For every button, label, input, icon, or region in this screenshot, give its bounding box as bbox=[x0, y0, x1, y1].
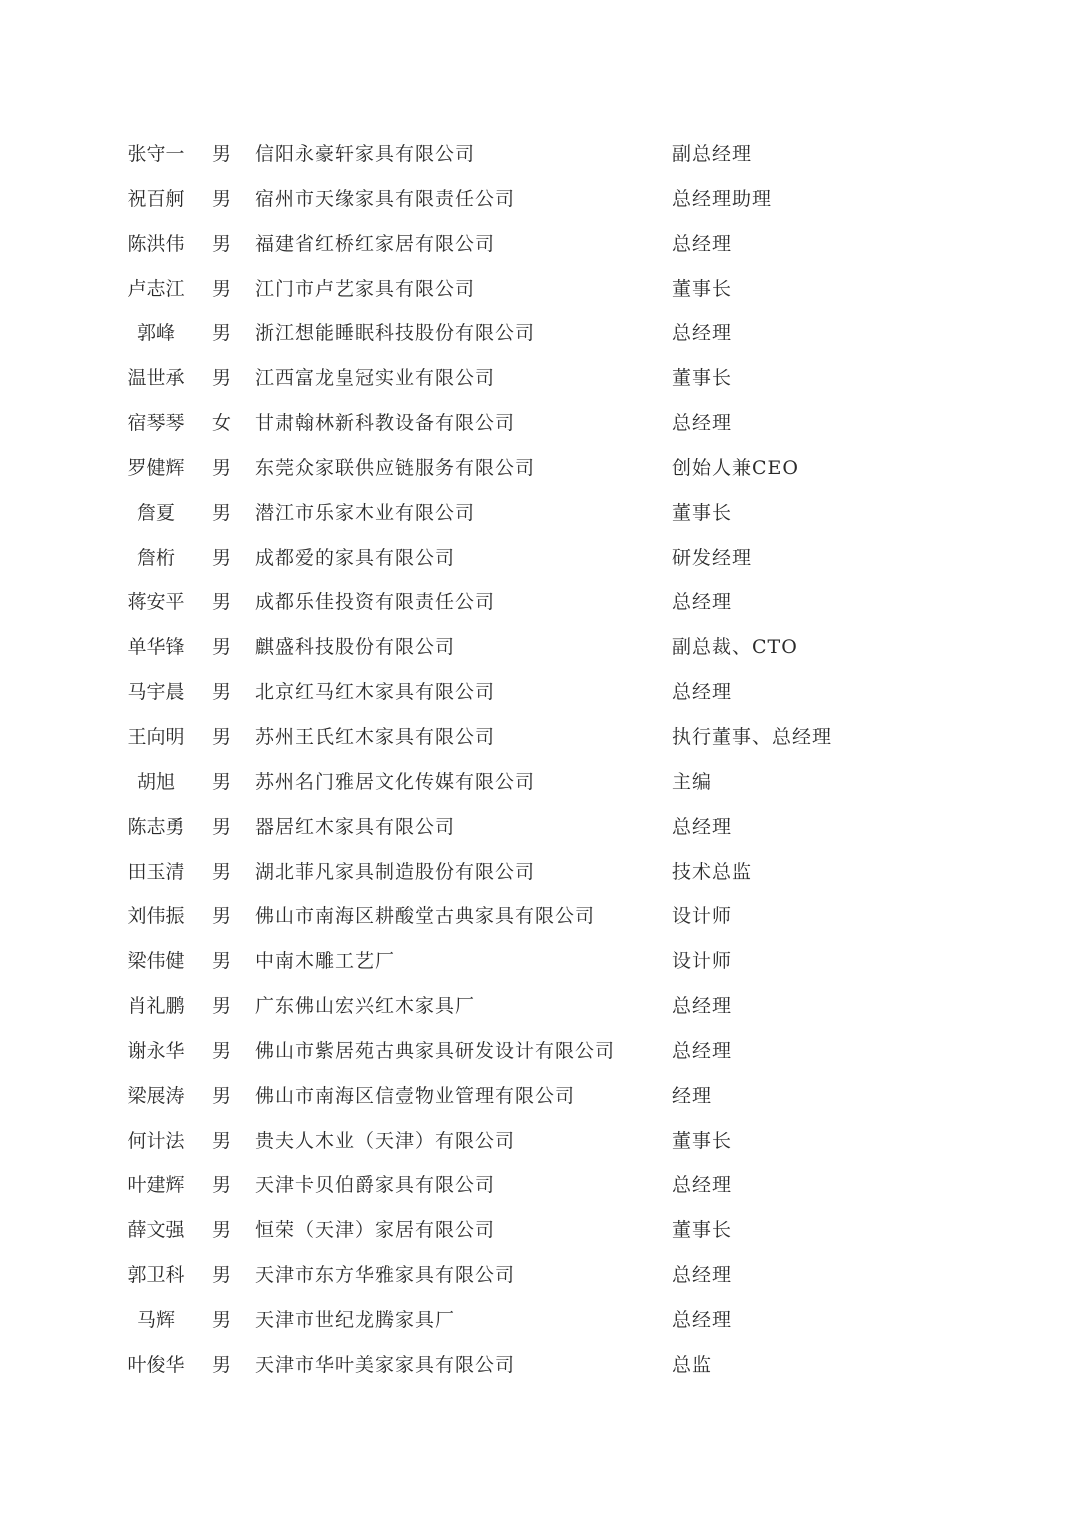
person-company: 江西富龙皇冠实业有限公司 bbox=[255, 356, 495, 400]
roster-row: 叶俊华 男 天津市华叶美家家具有限公司 总监 bbox=[0, 1343, 1080, 1388]
person-gender: 男 bbox=[212, 132, 232, 176]
person-title: 副总裁、CTO bbox=[672, 625, 798, 669]
person-title: 总经理 bbox=[672, 670, 732, 714]
person-title: 总经理 bbox=[672, 580, 732, 624]
person-name: 谢永华 bbox=[116, 1029, 196, 1073]
person-gender: 男 bbox=[212, 311, 232, 355]
person-company: 佛山市紫居苑古典家具研发设计有限公司 bbox=[255, 1029, 615, 1073]
person-name: 薛文强 bbox=[116, 1208, 196, 1252]
roster-row: 陈洪伟 男 福建省红桥红家居有限公司 总经理 bbox=[0, 222, 1080, 267]
roster-row: 薛文强 男 恒荣（天津）家居有限公司 董事长 bbox=[0, 1208, 1080, 1253]
person-name: 田玉清 bbox=[116, 850, 196, 894]
roster-row: 宿琴琴 女 甘肃翰林新科教设备有限公司 总经理 bbox=[0, 401, 1080, 446]
roster-row: 刘伟振 男 佛山市南海区耕酸堂古典家具有限公司 设计师 bbox=[0, 894, 1080, 939]
person-gender: 男 bbox=[212, 177, 232, 221]
person-company: 广东佛山宏兴红木家具厂 bbox=[255, 984, 475, 1028]
person-title: 总经理 bbox=[672, 222, 732, 266]
person-company: 成都乐佳投资有限责任公司 bbox=[255, 580, 495, 624]
person-company: 北京红马红木家具有限公司 bbox=[255, 670, 495, 714]
person-company: 佛山市南海区耕酸堂古典家具有限公司 bbox=[255, 894, 595, 938]
person-company: 天津市东方华雅家具有限公司 bbox=[255, 1253, 515, 1297]
person-gender: 男 bbox=[212, 267, 232, 311]
person-company: 天津市世纪龙腾家具厂 bbox=[255, 1298, 455, 1342]
roster-row: 蒋安平 男 成都乐佳投资有限责任公司 总经理 bbox=[0, 580, 1080, 625]
person-name: 何计法 bbox=[116, 1119, 196, 1163]
person-gender: 男 bbox=[212, 446, 232, 490]
person-name: 祝百舸 bbox=[116, 177, 196, 221]
person-company: 湖北菲凡家具制造股份有限公司 bbox=[255, 850, 535, 894]
person-title: 设计师 bbox=[672, 894, 732, 938]
person-name: 叶俊华 bbox=[116, 1343, 196, 1387]
roster-list: 张守一 男 信阳永豪轩家具有限公司 副总经理 祝百舸 男 宿州市天缘家具有限责任… bbox=[0, 132, 1080, 1388]
person-company: 中南木雕工艺厂 bbox=[255, 939, 395, 983]
roster-row: 单华锋 男 麒盛科技股份有限公司 副总裁、CTO bbox=[0, 625, 1080, 670]
person-name: 叶建辉 bbox=[116, 1163, 196, 1207]
person-name: 单华锋 bbox=[116, 625, 196, 669]
person-gender: 男 bbox=[212, 850, 232, 894]
person-company: 信阳永豪轩家具有限公司 bbox=[255, 132, 475, 176]
person-title: 技术总监 bbox=[672, 850, 752, 894]
person-gender: 男 bbox=[212, 625, 232, 669]
roster-row: 罗健辉 男 东莞众家联供应链服务有限公司 创始人兼CEO bbox=[0, 446, 1080, 491]
roster-row: 田玉清 男 湖北菲凡家具制造股份有限公司 技术总监 bbox=[0, 850, 1080, 895]
person-name: 郭卫科 bbox=[116, 1253, 196, 1297]
person-company: 贵夫人木业（天津）有限公司 bbox=[255, 1119, 515, 1163]
roster-row: 马辉 男 天津市世纪龙腾家具厂 总经理 bbox=[0, 1298, 1080, 1343]
roster-row: 张守一 男 信阳永豪轩家具有限公司 副总经理 bbox=[0, 132, 1080, 177]
person-gender: 男 bbox=[212, 894, 232, 938]
person-name: 詹夏 bbox=[116, 491, 196, 535]
person-gender: 男 bbox=[212, 670, 232, 714]
person-company: 江门市卢艺家具有限公司 bbox=[255, 267, 475, 311]
person-gender: 男 bbox=[212, 491, 232, 535]
roster-row: 詹夏 男 潜江市乐家木业有限公司 董事长 bbox=[0, 491, 1080, 536]
person-title: 总经理 bbox=[672, 1253, 732, 1297]
roster-row: 谢永华 男 佛山市紫居苑古典家具研发设计有限公司 总经理 bbox=[0, 1029, 1080, 1074]
roster-row: 马宇晨 男 北京红马红木家具有限公司 总经理 bbox=[0, 670, 1080, 715]
person-gender: 男 bbox=[212, 1208, 232, 1252]
roster-row: 温世承 男 江西富龙皇冠实业有限公司 董事长 bbox=[0, 356, 1080, 401]
person-gender: 女 bbox=[212, 401, 232, 445]
person-company: 佛山市南海区信壹物业管理有限公司 bbox=[255, 1074, 575, 1118]
person-name: 胡旭 bbox=[116, 760, 196, 804]
person-company: 潜江市乐家木业有限公司 bbox=[255, 491, 475, 535]
person-name: 郭峰 bbox=[116, 311, 196, 355]
person-title: 总经理 bbox=[672, 1029, 732, 1073]
person-gender: 男 bbox=[212, 1119, 232, 1163]
person-company: 苏州王氏红木家具有限公司 bbox=[255, 715, 495, 759]
person-gender: 男 bbox=[212, 356, 232, 400]
person-company: 东莞众家联供应链服务有限公司 bbox=[255, 446, 535, 490]
person-title: 经理 bbox=[672, 1074, 712, 1118]
person-title: 董事长 bbox=[672, 1119, 732, 1163]
roster-row: 叶建辉 男 天津卡贝伯爵家具有限公司 总经理 bbox=[0, 1163, 1080, 1208]
person-title: 董事长 bbox=[672, 491, 732, 535]
person-company: 成都爱的家具有限公司 bbox=[255, 536, 455, 580]
person-title: 主编 bbox=[672, 760, 712, 804]
person-name: 宿琴琴 bbox=[116, 401, 196, 445]
person-company: 苏州名门雅居文化传媒有限公司 bbox=[255, 760, 535, 804]
person-name: 罗健辉 bbox=[116, 446, 196, 490]
person-gender: 男 bbox=[212, 1298, 232, 1342]
person-company: 天津市华叶美家家具有限公司 bbox=[255, 1343, 515, 1387]
person-title: 总经理 bbox=[672, 311, 732, 355]
person-gender: 男 bbox=[212, 1253, 232, 1297]
person-company: 甘肃翰林新科教设备有限公司 bbox=[255, 401, 515, 445]
person-company: 浙江想能睡眠科技股份有限公司 bbox=[255, 311, 535, 355]
document-page: 张守一 男 信阳永豪轩家具有限公司 副总经理 祝百舸 男 宿州市天缘家具有限责任… bbox=[0, 0, 1080, 1527]
roster-row: 詹桁 男 成都爱的家具有限公司 研发经理 bbox=[0, 536, 1080, 581]
person-title: 总经理 bbox=[672, 401, 732, 445]
person-name: 马宇晨 bbox=[116, 670, 196, 714]
person-company: 恒荣（天津）家居有限公司 bbox=[255, 1208, 495, 1252]
person-title: 总经理助理 bbox=[672, 177, 772, 221]
person-gender: 男 bbox=[212, 1163, 232, 1207]
person-company: 福建省红桥红家居有限公司 bbox=[255, 222, 495, 266]
roster-row: 何计法 男 贵夫人木业（天津）有限公司 董事长 bbox=[0, 1119, 1080, 1164]
roster-row: 梁伟健 男 中南木雕工艺厂 设计师 bbox=[0, 939, 1080, 984]
roster-row: 陈志勇 男 器居红木家具有限公司 总经理 bbox=[0, 805, 1080, 850]
person-title: 设计师 bbox=[672, 939, 732, 983]
person-title: 董事长 bbox=[672, 1208, 732, 1252]
person-gender: 男 bbox=[212, 222, 232, 266]
roster-row: 卢志江 男 江门市卢艺家具有限公司 董事长 bbox=[0, 267, 1080, 312]
person-name: 温世承 bbox=[116, 356, 196, 400]
person-name: 陈志勇 bbox=[116, 805, 196, 849]
person-title: 执行董事、总经理 bbox=[672, 715, 832, 759]
roster-row: 肖礼鹏 男 广东佛山宏兴红木家具厂 总经理 bbox=[0, 984, 1080, 1029]
person-name: 肖礼鹏 bbox=[116, 984, 196, 1028]
person-company: 天津卡贝伯爵家具有限公司 bbox=[255, 1163, 495, 1207]
roster-row: 胡旭 男 苏州名门雅居文化传媒有限公司 主编 bbox=[0, 760, 1080, 805]
person-gender: 男 bbox=[212, 715, 232, 759]
person-title: 创始人兼CEO bbox=[672, 446, 799, 490]
person-company: 宿州市天缘家具有限责任公司 bbox=[255, 177, 515, 221]
person-title: 董事长 bbox=[672, 267, 732, 311]
person-name: 梁展涛 bbox=[116, 1074, 196, 1118]
person-title: 总经理 bbox=[672, 984, 732, 1028]
person-title: 总经理 bbox=[672, 1163, 732, 1207]
person-name: 刘伟振 bbox=[116, 894, 196, 938]
person-gender: 男 bbox=[212, 580, 232, 624]
person-gender: 男 bbox=[212, 939, 232, 983]
person-title: 总经理 bbox=[672, 1298, 732, 1342]
person-gender: 男 bbox=[212, 1074, 232, 1118]
person-company: 器居红木家具有限公司 bbox=[255, 805, 455, 849]
roster-row: 梁展涛 男 佛山市南海区信壹物业管理有限公司 经理 bbox=[0, 1074, 1080, 1119]
person-name: 蒋安平 bbox=[116, 580, 196, 624]
person-name: 卢志江 bbox=[116, 267, 196, 311]
person-title: 总监 bbox=[672, 1343, 712, 1387]
person-gender: 男 bbox=[212, 760, 232, 804]
person-gender: 男 bbox=[212, 805, 232, 849]
person-name: 张守一 bbox=[116, 132, 196, 176]
person-title: 董事长 bbox=[672, 356, 732, 400]
person-name: 王向明 bbox=[116, 715, 196, 759]
person-title: 研发经理 bbox=[672, 536, 752, 580]
person-title: 副总经理 bbox=[672, 132, 752, 176]
person-company: 麒盛科技股份有限公司 bbox=[255, 625, 455, 669]
roster-row: 郭峰 男 浙江想能睡眠科技股份有限公司 总经理 bbox=[0, 311, 1080, 356]
person-name: 詹桁 bbox=[116, 536, 196, 580]
person-gender: 男 bbox=[212, 1029, 232, 1073]
person-gender: 男 bbox=[212, 1343, 232, 1387]
roster-row: 王向明 男 苏州王氏红木家具有限公司 执行董事、总经理 bbox=[0, 715, 1080, 760]
person-gender: 男 bbox=[212, 536, 232, 580]
person-name: 梁伟健 bbox=[116, 939, 196, 983]
person-gender: 男 bbox=[212, 984, 232, 1028]
person-name: 陈洪伟 bbox=[116, 222, 196, 266]
roster-row: 祝百舸 男 宿州市天缘家具有限责任公司 总经理助理 bbox=[0, 177, 1080, 222]
person-title: 总经理 bbox=[672, 805, 732, 849]
person-name: 马辉 bbox=[116, 1298, 196, 1342]
roster-row: 郭卫科 男 天津市东方华雅家具有限公司 总经理 bbox=[0, 1253, 1080, 1298]
